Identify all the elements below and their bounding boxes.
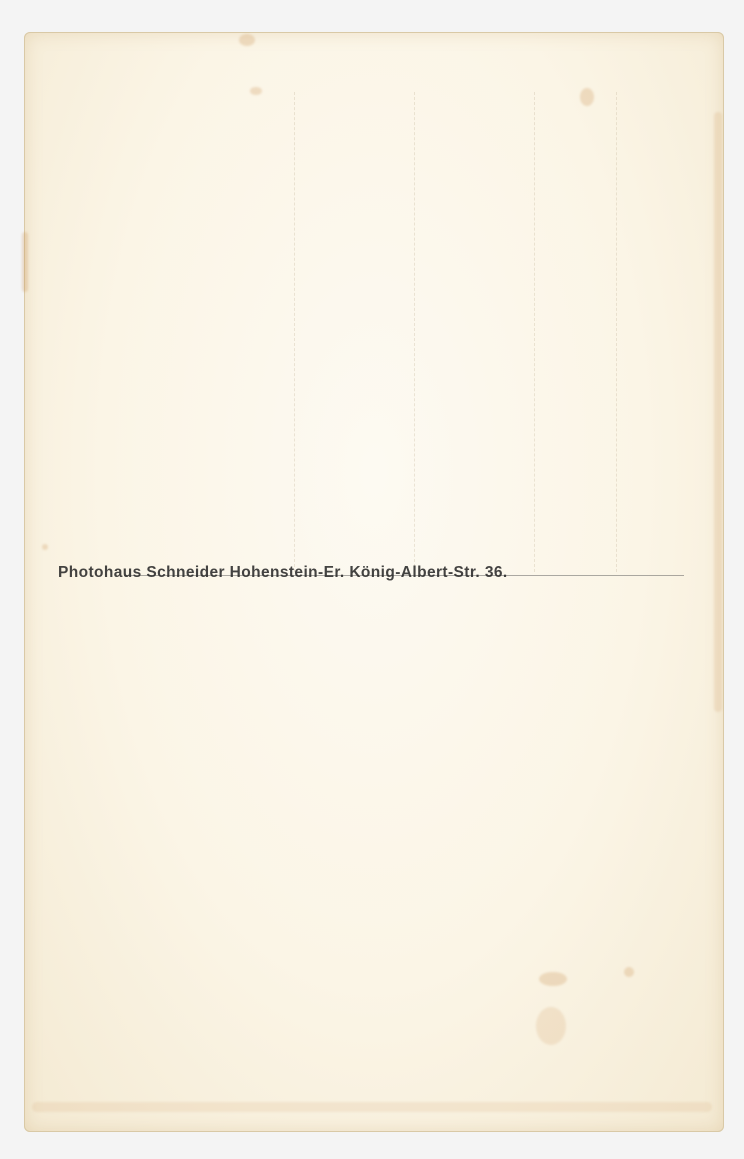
foxing-stain	[624, 967, 634, 977]
foxing-stain	[239, 34, 255, 46]
photographer-stamp: Photohaus Schneider Hohenstein-Er. König…	[58, 564, 508, 582]
foxing-stain	[250, 87, 262, 95]
edge-stain	[22, 232, 28, 292]
divider-line	[616, 92, 617, 572]
foxing-stain	[539, 972, 567, 986]
divider-line	[294, 92, 295, 572]
edge-stain	[714, 112, 722, 712]
foxing-stain	[42, 544, 48, 550]
foxing-stain	[536, 1007, 566, 1045]
divider-line	[414, 92, 415, 572]
foxing-stain	[580, 88, 594, 106]
edge-stain	[32, 1102, 712, 1112]
divider-line	[534, 92, 535, 572]
postcard-back: Photohaus Schneider Hohenstein-Er. König…	[24, 32, 724, 1132]
